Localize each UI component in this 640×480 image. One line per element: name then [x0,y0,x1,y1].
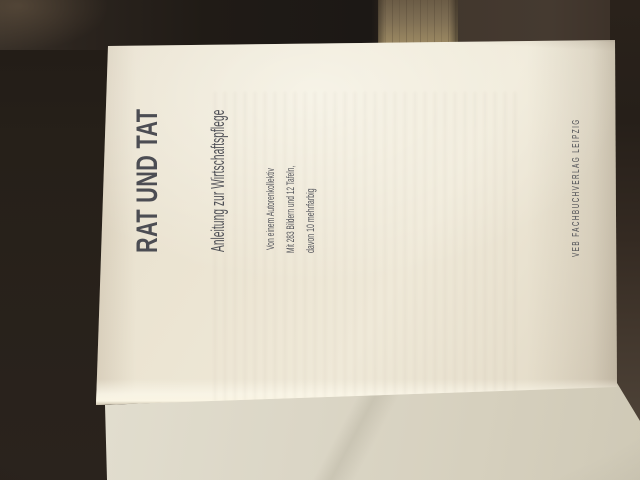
photo-vignette [0,0,640,480]
book-photo: RAT UND TAT Anleitung zur Wirtschaftspfl… [0,0,640,480]
